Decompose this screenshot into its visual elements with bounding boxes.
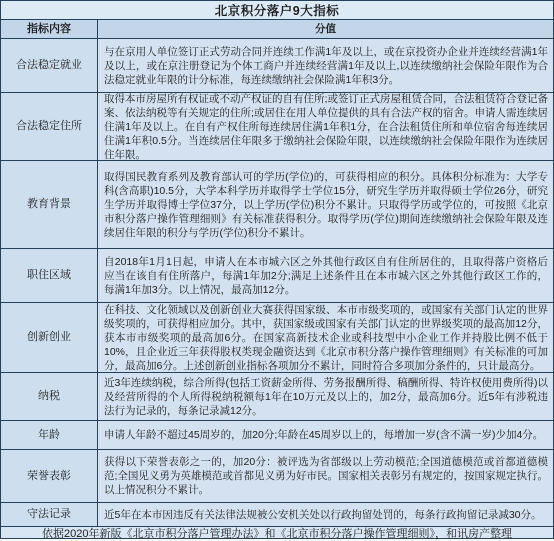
indicator-label: 合法稳定住所 xyxy=(1,93,98,160)
table-title: 北京积分落户9大指标 xyxy=(1,1,553,19)
indicator-detail: 与在京用人单位签订正式劳动合同并连续工作满1年及以上，或在京投资办企业并连续经营… xyxy=(98,39,553,92)
indicator-detail: 近5年在本市因违反有关法律法规被公安机关处以行政拘留处罚的，每条行政拘留记录减3… xyxy=(98,503,553,526)
source-note: 依据2020年新版《北京市积分落户管理办法》和《北京市积分落户操作管理细则》，和… xyxy=(1,526,553,538)
indicator-detail: 取得国民教育系列及教育部认可的学历(学位)的，可获得相应的积分。具体积分标准为：… xyxy=(98,161,553,248)
header-score-column: 分值 xyxy=(98,20,553,38)
header-indicator-column: 指标内容 xyxy=(1,20,98,38)
row-honors: 荣誉表彰 获得以下荣誉表彰之一的，加20分：被评选为省部级以上劳动模范;全国道德… xyxy=(1,449,553,502)
indicator-detail: 自2018年1月1日起，申请人在本市城六区之外其他行政区自有住所居住的，且取得落… xyxy=(98,249,553,302)
indicator-detail: 取得本市房屋所有权证或不动产权证的自有住所;或签订正式房屋租赁合同，合法租赁符合… xyxy=(98,93,553,160)
indicator-label: 荣誉表彰 xyxy=(1,450,98,502)
indicator-label: 教育背景 xyxy=(1,161,98,248)
row-tax: 纳税 近3年连续纳税，综合所得(包括工资薪金所得、劳务报酬所得、稿酬所得、特许权… xyxy=(1,372,553,420)
indicator-label: 纳税 xyxy=(1,373,98,420)
beijing-points-settlement-table: 北京积分落户9大指标 指标内容 分值 合法稳定就业 与在京用人单位签订正式劳动合… xyxy=(0,0,554,539)
row-age: 年龄 申请人年龄不超过45周岁的，加20分;年龄在45周岁以上的，每增加一岁(含… xyxy=(1,420,553,449)
row-innovation: 创新创业 在科技、文化领域以及创新创业大赛获得国家级、本市市级奖项的，或国家有关… xyxy=(1,302,553,372)
row-legal-record: 守法记录 近5年在本市因违反有关法律法规被公安机关处以行政拘留处罚的，每条行政拘… xyxy=(1,502,553,526)
row-residence: 合法稳定住所 取得本市房屋所有权证或不动产权证的自有住所;或签订正式房屋租赁合同… xyxy=(1,92,553,160)
indicator-label: 守法记录 xyxy=(1,503,98,526)
indicator-detail: 获得以下荣誉表彰之一的，加20分：被评选为省部级以上劳动模范;全国道德模范或首都… xyxy=(98,450,553,502)
indicator-detail: 申请人年龄不超过45周岁的，加20分;年龄在45周岁以上的，每增加一岁(含不满一… xyxy=(98,421,553,449)
row-education: 教育背景 取得国民教育系列及教育部认可的学历(学位)的，可获得相应的积分。具体积… xyxy=(1,160,553,248)
indicator-label: 创新创业 xyxy=(1,303,98,372)
indicator-label: 职住区域 xyxy=(1,249,98,302)
indicator-label: 年龄 xyxy=(1,421,98,449)
table-header-row: 指标内容 分值 xyxy=(1,19,553,38)
indicator-detail: 在科技、文化领域以及创新创业大赛获得国家级、本市市级奖项的，或国家有关部门认定的… xyxy=(98,303,553,372)
indicator-label: 合法稳定就业 xyxy=(1,39,98,92)
row-work-residence-area: 职住区域 自2018年1月1日起，申请人在本市城六区之外其他行政区自有住所居住的… xyxy=(1,248,553,302)
indicator-detail: 近3年连续纳税，综合所得(包括工资薪金所得、劳务报酬所得、稿酬所得、特许权使用费… xyxy=(98,373,553,420)
row-employment: 合法稳定就业 与在京用人单位签订正式劳动合同并连续工作满1年及以上，或在京投资办… xyxy=(1,38,553,92)
